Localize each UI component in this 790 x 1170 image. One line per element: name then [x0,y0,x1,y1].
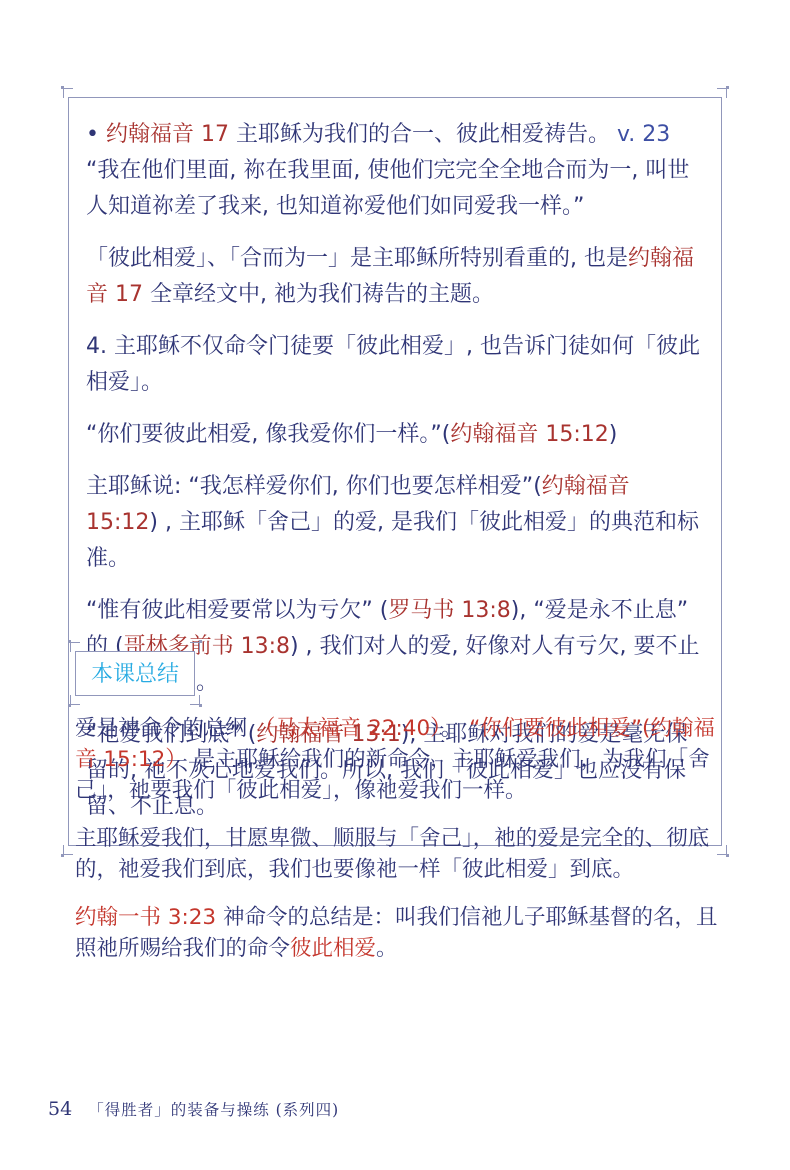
text-segment: 约翰福音 17 [106,122,229,147]
paragraph: 爱是神命令的总纲 （马太福音 22:40）。 “你们要彼此相爱”(约翰福音 15… [75,713,719,806]
paragraph: • 约翰福音 17 主耶稣为我们的合一、彼此相爱祷告。 v. 23 “我在他们里… [86,117,704,225]
text-segment: 「彼此相爱」、「合而为一」是主耶稣所特别看重的, 也是 [86,246,628,271]
text-segment: 约翰一书 3:23 [75,905,216,930]
book-title: 「得胜者」的装备与操练 (系列四) [88,1098,339,1120]
text-segment: 主耶稣为我们的合一、彼此相爱祷告。 [229,122,617,147]
text-segment: “惟有彼此相爱要常以为亏欠” ( [86,598,388,623]
paragraph: 「彼此相爱」、「合而为一」是主耶稣所特别看重的, 也是约翰福音 17 全章经文中… [86,241,704,313]
text-segment: 4. 主耶稣不仅命令门徒要「彼此相爱」, 也告诉门徒如何「彼此相爱」。 [86,334,700,395]
section-heading-label: 本课总结 [91,662,179,687]
text-segment: 主耶稣说: “我怎样爱你们, 你们也要怎样相爱”( [86,474,542,499]
text-segment: 彼此相爱 [290,936,376,961]
text-segment: 全章经文中, 祂为我们祷告的主题。 [143,282,494,307]
section-heading-box: 本课总结 [75,651,195,696]
text-segment: 主耶稣爱我们，甘愿卑微、顺服与「舍己」，祂的爱是完全的、彻底的，祂爱我们到底，我… [75,826,709,882]
text-segment: 。 [376,936,398,961]
paragraph: 约翰一书 3:23 神命令的总结是：叫我们信祂儿子耶稣基督的名，且照祂所赐给我们… [75,902,719,964]
text-segment: ) [609,422,618,447]
corner-ornament-top-left [63,88,73,98]
text-segment: 罗马书 13:8 [388,598,510,623]
text-segment: （马太福音 22:40） [254,716,441,741]
paragraph: 主耶稣爱我们，甘愿卑微、顺服与「舍己」，祂的爱是完全的、彻底的，祂爱我们到底，我… [75,823,719,885]
text-segment: v. 23 [617,122,670,147]
page-number: 54 [48,1098,72,1120]
text-segment: 约翰福音 15:12 [450,422,608,447]
corner-ornament-top-right [717,88,727,98]
text-segment: 。 [441,716,469,741]
corner-ornament-bottom-left [63,845,73,855]
text-segment: “你们要彼此相爱, 像我爱你们一样。”( [86,422,450,447]
text-segment: ) , 主耶稣「舍己」的爱, 是我们「彼此相爱」的典范和标准。 [86,510,699,571]
text-segment: 爱是神命令的总纲 [75,716,254,741]
page-footer: 54 「得胜者」的装备与操练 (系列四) [48,1098,339,1120]
lesson-summary: 爱是神命令的总纲 （马太福音 22:40）。 “你们要彼此相爱”(约翰福音 15… [75,713,719,981]
text-segment: “我在他们里面, 祢在我里面, 使他们完完全全地合而为一, 叫世人知道祢差了我来… [86,158,689,219]
text-segment: • [86,122,106,147]
paragraph: 主耶稣说: “我怎样爱你们, 你们也要怎样相爱”(约翰福音 15:12) , 主… [86,469,704,577]
paragraph: “你们要彼此相爱, 像我爱你们一样。”(约翰福音 15:12) [86,417,704,453]
paragraph: 4. 主耶稣不仅命令门徒要「彼此相爱」, 也告诉门徒如何「彼此相爱」。 [86,329,704,401]
